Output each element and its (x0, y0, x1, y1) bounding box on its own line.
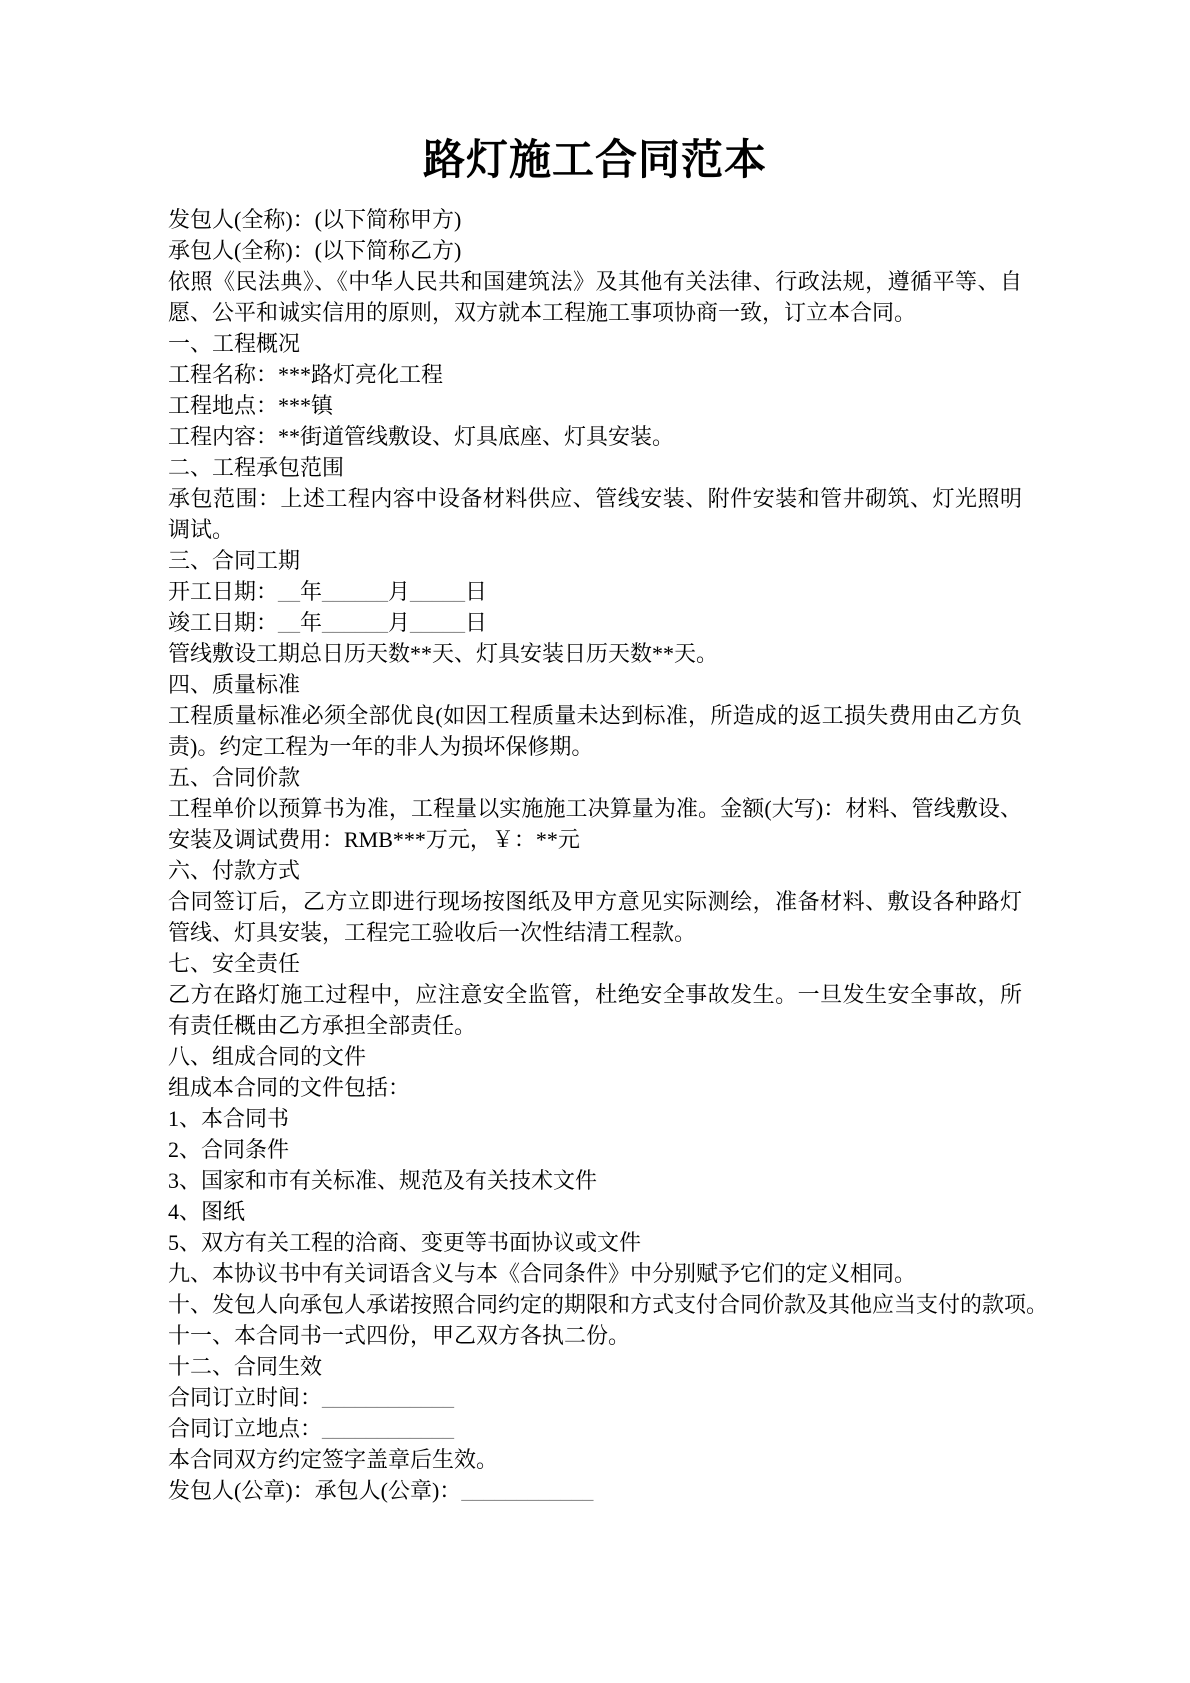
paragraph: 开工日期：__年______月_____日 (168, 576, 1022, 607)
blank-line: ____________ (322, 1385, 454, 1410)
paragraph: 合同签订后，乙方立即进行现场按图纸及甲方意见实际测绘，准备材料、敷设各种路灯管线… (168, 886, 1022, 948)
blank-line: __ (278, 579, 300, 604)
paragraph: 十二、合同生效 (168, 1351, 1022, 1382)
paragraph: 组成本合同的文件包括： (168, 1072, 1022, 1103)
document-title: 路灯施工合同范本 (168, 132, 1022, 190)
paragraph: 八、组成合同的文件 (168, 1041, 1022, 1072)
paragraph: 管线敷设工期总日历天数**天、灯具安装日历天数**天。 (168, 638, 1022, 669)
paragraph: 七、安全责任 (168, 948, 1022, 979)
paragraph: 十一、本合同书一式四份，甲乙双方各执二份。 (168, 1320, 1022, 1351)
paragraph: 4、图纸 (168, 1196, 1022, 1227)
paragraph: 工程地点：***镇 (168, 390, 1022, 421)
paragraph: 竣工日期：__年______月_____日 (168, 607, 1022, 638)
paragraph: 工程单价以预算书为准，工程量以实施施工决算量为准。金额(大写)：材料、管线敷设、… (168, 793, 1022, 855)
paragraph: 一、工程概况 (168, 328, 1022, 359)
blank-line: __ (278, 610, 300, 635)
paragraph: 三、合同工期 (168, 545, 1022, 576)
blank-line: ______ (322, 579, 388, 604)
paragraph: 1、本合同书 (168, 1103, 1022, 1134)
blank-line: _____ (410, 579, 465, 604)
paragraph: 本合同双方约定签字盖章后生效。 (168, 1444, 1022, 1475)
paragraph: 承包人(全称)：(以下简称乙方) (168, 235, 1022, 266)
blank-line: ____________ (322, 1416, 454, 1441)
paragraph: 六、付款方式 (168, 855, 1022, 886)
paragraph: 工程名称：***路灯亮化工程 (168, 359, 1022, 390)
paragraph: 九、本协议书中有关词语含义与本《合同条件》中分别赋予它们的定义相同。 (168, 1258, 1022, 1289)
paragraph: 工程内容：**街道管线敷设、灯具底座、灯具安装。 (168, 421, 1022, 452)
paragraph: 发包人(公章)：承包人(公章)：____________ (168, 1475, 1022, 1506)
paragraph: 2、合同条件 (168, 1134, 1022, 1165)
blank-line: _____ (410, 610, 465, 635)
paragraph: 四、质量标准 (168, 669, 1022, 700)
document-body: 发包人(全称)：(以下简称甲方)承包人(全称)：(以下简称乙方)依照《民法典》、… (168, 204, 1022, 1506)
paragraph: 五、合同价款 (168, 762, 1022, 793)
document-page: 路灯施工合同范本 发包人(全称)：(以下简称甲方)承包人(全称)：(以下简称乙方… (0, 0, 1190, 1683)
paragraph: 合同订立地点：____________ (168, 1413, 1022, 1444)
blank-line: ______ (322, 610, 388, 635)
paragraph: 承包范围：上述工程内容中设备材料供应、管线安装、附件安装和管井砌筑、灯光照明调试… (168, 483, 1022, 545)
blank-line: ____________ (461, 1478, 593, 1503)
paragraph: 3、国家和市有关标准、规范及有关技术文件 (168, 1165, 1022, 1196)
paragraph: 5、双方有关工程的洽商、变更等书面协议或文件 (168, 1227, 1022, 1258)
paragraph: 依照《民法典》、《中华人民共和国建筑法》及其他有关法律、行政法规，遵循平等、自愿… (168, 266, 1022, 328)
paragraph: 发包人(全称)：(以下简称甲方) (168, 204, 1022, 235)
paragraph: 合同订立时间：____________ (168, 1382, 1022, 1413)
paragraph: 二、工程承包范围 (168, 452, 1022, 483)
paragraph: 工程质量标准必须全部优良(如因工程质量未达到标准，所造成的返工损失费用由乙方负责… (168, 700, 1022, 762)
paragraph: 十、发包人向承包人承诺按照合同约定的期限和方式支付合同价款及其他应当支付的款项。 (168, 1289, 1022, 1320)
paragraph: 乙方在路灯施工过程中，应注意安全监管，杜绝安全事故发生。一旦发生安全事故，所有责… (168, 979, 1022, 1041)
